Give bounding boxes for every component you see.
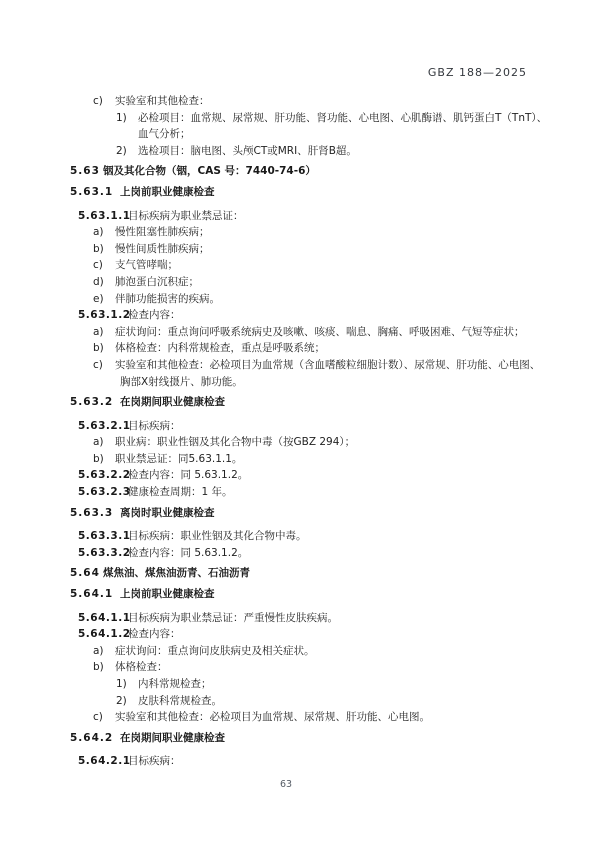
text-line: 5.64煤焦油、煤焦油沥青、石油沥青 bbox=[70, 565, 600, 582]
line-text: 检查内容： bbox=[128, 628, 181, 640]
item-marker: c) bbox=[93, 709, 115, 726]
text-line: d)肺泡蛋白沉积症； bbox=[93, 274, 600, 291]
item-marker: a) bbox=[93, 643, 115, 660]
text-line: 1)必检项目：血常规、尿常规、肝功能、肾功能、心电图、心肌酶谱、肌钙蛋白T（Tn… bbox=[116, 110, 600, 127]
line-text: 铟及其化合物（铟，CAS 号：7440-74-6） bbox=[103, 165, 316, 177]
line-text: 伴肺功能损害的疾病。 bbox=[115, 293, 220, 305]
line-text: 慢性阻塞性肺疾病； bbox=[115, 226, 210, 238]
text-line: 5.64.1.2检查内容： bbox=[78, 626, 600, 643]
text-line: c)实验室和其他检查：必检项目为血常规（含血嗜酸粒细胞计数）、尿常规、肝功能、心… bbox=[93, 357, 600, 374]
clause-number: 5.64.1 bbox=[70, 586, 120, 603]
line-text: 体格检查： bbox=[115, 661, 168, 673]
text-line: a)症状询问：重点询问皮肤病史及相关症状。 bbox=[93, 643, 600, 660]
page-number: 63 bbox=[0, 779, 572, 790]
clause-number: 5.63.2.1 bbox=[78, 418, 128, 435]
item-marker: d) bbox=[93, 274, 115, 291]
text-line: c)支气管哮喘； bbox=[93, 257, 600, 274]
text-line: 2)选检项目：脑电图、头颅CT或MRI、肝肾B超。 bbox=[116, 143, 600, 160]
item-marker: 2) bbox=[116, 693, 138, 710]
item-marker: c) bbox=[93, 357, 115, 374]
text-line: c)实验室和其他检查： bbox=[93, 93, 600, 110]
text-line: b)体格检查：内科常规检查，重点是呼吸系统； bbox=[93, 340, 600, 357]
line-text: 血气分析； bbox=[138, 128, 191, 140]
item-marker: b) bbox=[93, 451, 115, 468]
text-line: c)实验室和其他检查：必检项目为血常规、尿常规、肝功能、心电图。 bbox=[93, 709, 600, 726]
line-text: 目标疾病为职业禁忌证：严重慢性皮肤疾病。 bbox=[128, 612, 338, 624]
line-text: 内科常规检查； bbox=[138, 678, 212, 690]
text-line: 胸部X射线摄片、肺功能。 bbox=[120, 374, 600, 391]
line-text: 胸部X射线摄片、肺功能。 bbox=[120, 376, 243, 388]
text-line: a)症状询问：重点询问呼吸系统病史及咳嗽、咳痰、喘息、胸痛、呼吸困难、气短等症状… bbox=[93, 324, 600, 341]
text-line: 5.63.2.1目标疾病： bbox=[78, 418, 600, 435]
clause-number: 5.63.1 bbox=[70, 184, 120, 201]
text-line: 5.63铟及其化合物（铟，CAS 号：7440-74-6） bbox=[70, 163, 600, 180]
line-text: 体格检查：内科常规检查，重点是呼吸系统； bbox=[115, 342, 325, 354]
line-text: 目标疾病： bbox=[128, 420, 181, 432]
text-line: b)职业禁忌证：同5.63.1.1。 bbox=[93, 451, 600, 468]
item-marker: c) bbox=[93, 257, 115, 274]
clause-number: 5.64.1.1 bbox=[78, 610, 128, 627]
text-line: 5.63.1上岗前职业健康检查 bbox=[70, 184, 600, 201]
text-line: 5.64.1上岗前职业健康检查 bbox=[70, 586, 600, 603]
clause-number: 5.63.2 bbox=[70, 394, 120, 411]
line-text: 健康检查周期：1 年。 bbox=[128, 486, 233, 498]
line-text: 必检项目：血常规、尿常规、肝功能、肾功能、心电图、心肌酶谱、肌钙蛋白T（TnT）… bbox=[138, 112, 547, 124]
line-text: 目标疾病为职业禁忌证： bbox=[128, 210, 244, 222]
item-marker: a) bbox=[93, 224, 115, 241]
document-page: GBZ 188—2025 c)实验室和其他检查：1)必检项目：血常规、尿常规、肝… bbox=[0, 0, 600, 848]
line-text: 实验室和其他检查： bbox=[115, 95, 210, 107]
line-text: 煤焦油、煤焦油沥青、石油沥青 bbox=[103, 567, 250, 579]
item-marker: 1) bbox=[116, 110, 138, 127]
line-text: 在岗期间职业健康检查 bbox=[120, 396, 225, 408]
text-line: 5.63.3.2检查内容：同 5.63.1.2。 bbox=[78, 545, 600, 562]
line-text: 支气管哮喘； bbox=[115, 259, 178, 271]
line-text: 上岗前职业健康检查 bbox=[120, 186, 215, 198]
text-line: 1)内科常规检查； bbox=[116, 676, 600, 693]
line-text: 选检项目：脑电图、头颅CT或MRI、肝肾B超。 bbox=[138, 145, 357, 157]
line-text: 检查内容：同 5.63.1.2。 bbox=[128, 469, 248, 481]
page-header-standard-number: GBZ 188—2025 bbox=[428, 66, 527, 79]
line-text: 慢性间质性肺疾病； bbox=[115, 243, 210, 255]
clause-number: 5.64.1.2 bbox=[78, 626, 128, 643]
line-text: 在岗期间职业健康检查 bbox=[120, 732, 225, 744]
line-text: 目标疾病：职业性铟及其化合物中毒。 bbox=[128, 530, 307, 542]
line-text: 离岗时职业健康检查 bbox=[120, 507, 215, 519]
item-marker: 1) bbox=[116, 676, 138, 693]
item-marker: b) bbox=[93, 659, 115, 676]
line-text: 职业病：职业性铟及其化合物中毒（按GBZ 294）； bbox=[115, 436, 355, 448]
line-text: 皮肤科常规检查。 bbox=[138, 695, 222, 707]
text-line: 5.63.3离岗时职业健康检查 bbox=[70, 505, 600, 522]
text-line: 血气分析； bbox=[138, 126, 600, 143]
line-text: 上岗前职业健康检查 bbox=[120, 588, 215, 600]
item-marker: b) bbox=[93, 340, 115, 357]
text-line: 5.63.2在岗期间职业健康检查 bbox=[70, 394, 600, 411]
item-marker: 2) bbox=[116, 143, 138, 160]
text-line: 5.63.2.3健康检查周期：1 年。 bbox=[78, 484, 600, 501]
clause-number: 5.64.2.1 bbox=[78, 753, 128, 770]
text-line: 5.64.2.1目标疾病： bbox=[78, 753, 600, 770]
text-line: b)慢性间质性肺疾病； bbox=[93, 241, 600, 258]
clause-number: 5.63 bbox=[70, 163, 103, 180]
line-text: 检查内容：同 5.63.1.2。 bbox=[128, 547, 248, 559]
item-marker: a) bbox=[93, 324, 115, 341]
item-marker: b) bbox=[93, 241, 115, 258]
text-line: e)伴肺功能损害的疾病。 bbox=[93, 291, 600, 308]
text-line: 5.64.2在岗期间职业健康检查 bbox=[70, 730, 600, 747]
item-marker: c) bbox=[93, 93, 115, 110]
line-text: 实验室和其他检查：必检项目为血常规、尿常规、肝功能、心电图。 bbox=[115, 711, 430, 723]
clause-number: 5.63.2.3 bbox=[78, 484, 128, 501]
line-text: 职业禁忌证：同5.63.1.1。 bbox=[115, 453, 242, 465]
text-line: a)慢性阻塞性肺疾病； bbox=[93, 224, 600, 241]
clause-number: 5.63.3.1 bbox=[78, 528, 128, 545]
text-line: b)体格检查： bbox=[93, 659, 600, 676]
line-text: 检查内容： bbox=[128, 309, 181, 321]
text-line: 5.63.1.2检查内容： bbox=[78, 307, 600, 324]
document-content: c)实验室和其他检查：1)必检项目：血常规、尿常规、肝功能、肾功能、心电图、心肌… bbox=[0, 93, 600, 770]
clause-number: 5.63.1.2 bbox=[78, 307, 128, 324]
text-line: 5.64.1.1目标疾病为职业禁忌证：严重慢性皮肤疾病。 bbox=[78, 610, 600, 627]
clause-number: 5.63.3.2 bbox=[78, 545, 128, 562]
text-line: 2)皮肤科常规检查。 bbox=[116, 693, 600, 710]
clause-number: 5.63.3 bbox=[70, 505, 120, 522]
line-text: 症状询问：重点询问皮肤病史及相关症状。 bbox=[115, 645, 315, 657]
text-line: 5.63.1.1目标疾病为职业禁忌证： bbox=[78, 208, 600, 225]
item-marker: e) bbox=[93, 291, 115, 308]
text-line: 5.63.3.1目标疾病：职业性铟及其化合物中毒。 bbox=[78, 528, 600, 545]
line-text: 症状询问：重点询问呼吸系统病史及咳嗽、咳痰、喘息、胸痛、呼吸困难、气短等症状； bbox=[115, 326, 525, 338]
clause-number: 5.64.2 bbox=[70, 730, 120, 747]
text-line: 5.63.2.2检查内容：同 5.63.1.2。 bbox=[78, 467, 600, 484]
line-text: 肺泡蛋白沉积症； bbox=[115, 276, 199, 288]
line-text: 目标疾病： bbox=[128, 755, 181, 767]
clause-number: 5.63.1.1 bbox=[78, 208, 128, 225]
line-text: 实验室和其他检查：必检项目为血常规（含血嗜酸粒细胞计数）、尿常规、肝功能、心电图… bbox=[115, 359, 540, 371]
item-marker: a) bbox=[93, 434, 115, 451]
clause-number: 5.64 bbox=[70, 565, 103, 582]
clause-number: 5.63.2.2 bbox=[78, 467, 128, 484]
text-line: a)职业病：职业性铟及其化合物中毒（按GBZ 294）； bbox=[93, 434, 600, 451]
